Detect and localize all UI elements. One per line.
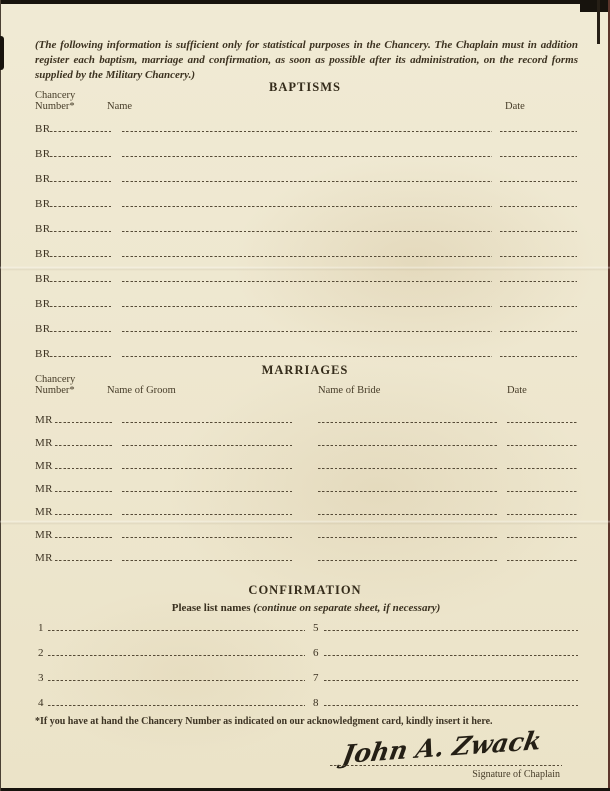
- blank-line-date: [507, 491, 577, 492]
- baptism-row-prefix: BR: [35, 323, 50, 335]
- blank-line-date: [500, 206, 577, 207]
- marriage-row: MR: [35, 502, 577, 516]
- baptism-row-prefix: BR: [35, 248, 50, 260]
- blank-line-confirmation-name: [48, 655, 305, 656]
- baptism-row: BR: [35, 269, 577, 283]
- blank-line-date: [507, 468, 577, 469]
- signature-line: [330, 765, 562, 766]
- baptism-row-prefix: BR: [35, 173, 50, 185]
- blank-line-confirmation-name: [324, 705, 578, 706]
- baptism-row: BR: [35, 194, 577, 208]
- blank-line-date: [500, 281, 577, 282]
- blank-line-chancery-number: [55, 560, 112, 561]
- blank-line-name: [122, 131, 492, 132]
- blank-line-date: [500, 256, 577, 257]
- blank-line-chancery-number: [50, 306, 112, 307]
- baptism-row: BR: [35, 244, 577, 258]
- marriage-row-prefix: MR: [35, 437, 53, 449]
- baptism-row: BR: [35, 294, 577, 308]
- scan-edge-top-right: [580, 0, 610, 12]
- blank-line-date: [500, 181, 577, 182]
- confirmation-number: 4: [38, 697, 44, 709]
- baptisms-title: BAPTISMS: [0, 80, 610, 95]
- baptisms-col-chancery: Chancery: [35, 90, 75, 101]
- confirmation-number: 2: [38, 647, 44, 659]
- blank-line-name: [122, 156, 492, 157]
- blank-line-name: [122, 356, 492, 357]
- blank-line-chancery-number: [50, 156, 112, 157]
- baptism-row-prefix: BR: [35, 348, 50, 360]
- blank-line-chancery-number: [50, 356, 112, 357]
- blank-line-name: [122, 231, 492, 232]
- blank-line-date: [507, 445, 577, 446]
- blank-line-bride: [318, 491, 497, 492]
- scan-edge-top: [0, 0, 610, 4]
- blank-line-groom: [122, 560, 292, 561]
- marriages-title: MARRIAGES: [0, 363, 610, 378]
- blank-line-chancery-number: [55, 537, 112, 538]
- blank-line-confirmation-name: [48, 680, 305, 681]
- baptism-row-prefix: BR: [35, 223, 50, 235]
- baptism-row-prefix: BR: [35, 123, 50, 135]
- blank-line-bride: [318, 445, 497, 446]
- marriage-row: MR: [35, 479, 577, 493]
- blank-line-confirmation-name: [48, 705, 305, 706]
- marriage-row: MR: [35, 456, 577, 470]
- confirmation-number: 6: [313, 647, 319, 659]
- blank-line-chancery-number: [50, 131, 112, 132]
- marriage-row: MR: [35, 410, 577, 424]
- marriage-row-prefix: MR: [35, 414, 53, 426]
- blank-line-confirmation-name: [324, 680, 578, 681]
- scan-edge-left-blob: [0, 36, 4, 70]
- marriages-col-groom: Name of Groom: [107, 385, 176, 396]
- blank-line-name: [122, 331, 492, 332]
- scan-edge-left: [0, 0, 1, 791]
- blank-line-date: [500, 331, 577, 332]
- confirmation-number: 8: [313, 697, 319, 709]
- confirmation-number: 7: [313, 672, 319, 684]
- baptism-row-prefix: BR: [35, 198, 50, 210]
- confirmation-row: 2 6: [35, 643, 580, 657]
- blank-line-chancery-number: [50, 181, 112, 182]
- confirmation-row: 3 7: [35, 668, 580, 682]
- blank-line-date: [500, 156, 577, 157]
- blank-line-chancery-number: [50, 206, 112, 207]
- blank-line-name: [122, 306, 492, 307]
- blank-line-name: [122, 281, 492, 282]
- blank-line-chancery-number: [50, 256, 112, 257]
- blank-line-bride: [318, 560, 497, 561]
- scan-edge-top-right-line: [597, 0, 600, 44]
- confirmation-subtitle: Please list names (continue on separate …: [35, 602, 577, 614]
- intro-paragraph: (The following information is sufficient…: [35, 38, 578, 83]
- scanned-chaplain-record-form: (The following information is sufficient…: [0, 0, 610, 791]
- marriage-row-prefix: MR: [35, 529, 53, 541]
- baptism-row: BR: [35, 119, 577, 133]
- baptisms-col-name: Name: [107, 101, 132, 112]
- blank-line-groom: [122, 537, 292, 538]
- blank-line-name: [122, 206, 492, 207]
- blank-line-groom: [122, 514, 292, 515]
- confirmation-number: 1: [38, 622, 44, 634]
- blank-line-date: [500, 231, 577, 232]
- baptism-row: BR: [35, 144, 577, 158]
- blank-line-confirmation-name: [324, 630, 578, 631]
- blank-line-bride: [318, 422, 497, 423]
- blank-line-date: [507, 422, 577, 423]
- marriages-col-number: Number*: [35, 385, 75, 396]
- confirmation-number: 3: [38, 672, 44, 684]
- blank-line-chancery-number: [55, 468, 112, 469]
- marriages-col-bride: Name of Bride: [318, 385, 380, 396]
- baptism-row: BR: [35, 169, 577, 183]
- marriage-row-prefix: MR: [35, 483, 53, 495]
- blank-line-chancery-number: [50, 281, 112, 282]
- marriage-row: MR: [35, 433, 577, 447]
- blank-line-confirmation-name: [324, 655, 578, 656]
- blank-line-date: [500, 356, 577, 357]
- footnote: *If you have at hand the Chancery Number…: [35, 716, 575, 727]
- blank-line-groom: [122, 422, 292, 423]
- blank-line-chancery-number: [55, 514, 112, 515]
- baptism-row: BR: [35, 319, 577, 333]
- blank-line-chancery-number: [55, 491, 112, 492]
- confirmation-row: 4 8: [35, 693, 580, 707]
- baptism-row-prefix: BR: [35, 148, 50, 160]
- marriage-row-prefix: MR: [35, 506, 53, 518]
- blank-line-name: [122, 256, 492, 257]
- baptisms-col-number: Number*: [35, 101, 75, 112]
- marriage-row-prefix: MR: [35, 552, 53, 564]
- marriages-col-date: Date: [507, 385, 527, 396]
- blank-line-date: [500, 306, 577, 307]
- blank-line-date: [500, 131, 577, 132]
- blank-line-bride: [318, 468, 497, 469]
- blank-line-name: [122, 181, 492, 182]
- baptisms-col-date: Date: [505, 101, 525, 112]
- confirmation-title: CONFIRMATION: [0, 583, 610, 598]
- blank-line-chancery-number: [55, 445, 112, 446]
- confirmation-subtitle-italic: (continue on separate sheet, if necessar…: [253, 602, 440, 614]
- blank-line-bride: [318, 537, 497, 538]
- blank-line-confirmation-name: [48, 630, 305, 631]
- chaplain-signature-handwriting: John A. Zwack: [320, 724, 565, 770]
- blank-line-date: [507, 514, 577, 515]
- marriage-row: MR: [35, 525, 577, 539]
- marriage-row: MR: [35, 548, 577, 562]
- blank-line-groom: [122, 468, 292, 469]
- confirmation-number: 5: [313, 622, 319, 634]
- blank-line-chancery-number: [50, 231, 112, 232]
- baptism-row: BR: [35, 219, 577, 233]
- blank-line-groom: [122, 491, 292, 492]
- blank-line-bride: [318, 514, 497, 515]
- marriages-col-chancery: Chancery: [35, 374, 75, 385]
- marriage-row-prefix: MR: [35, 460, 53, 472]
- confirmation-row: 1 5: [35, 618, 580, 632]
- blank-line-groom: [122, 445, 292, 446]
- blank-line-date: [507, 560, 577, 561]
- baptism-row-prefix: BR: [35, 273, 50, 285]
- confirmation-subtitle-plain: Please list names: [172, 602, 254, 614]
- baptism-row-prefix: BR: [35, 298, 50, 310]
- signature-label: Signature of Chaplain: [335, 769, 560, 780]
- blank-line-date: [507, 537, 577, 538]
- blank-line-chancery-number: [50, 331, 112, 332]
- baptism-row: BR: [35, 344, 577, 358]
- blank-line-chancery-number: [55, 422, 112, 423]
